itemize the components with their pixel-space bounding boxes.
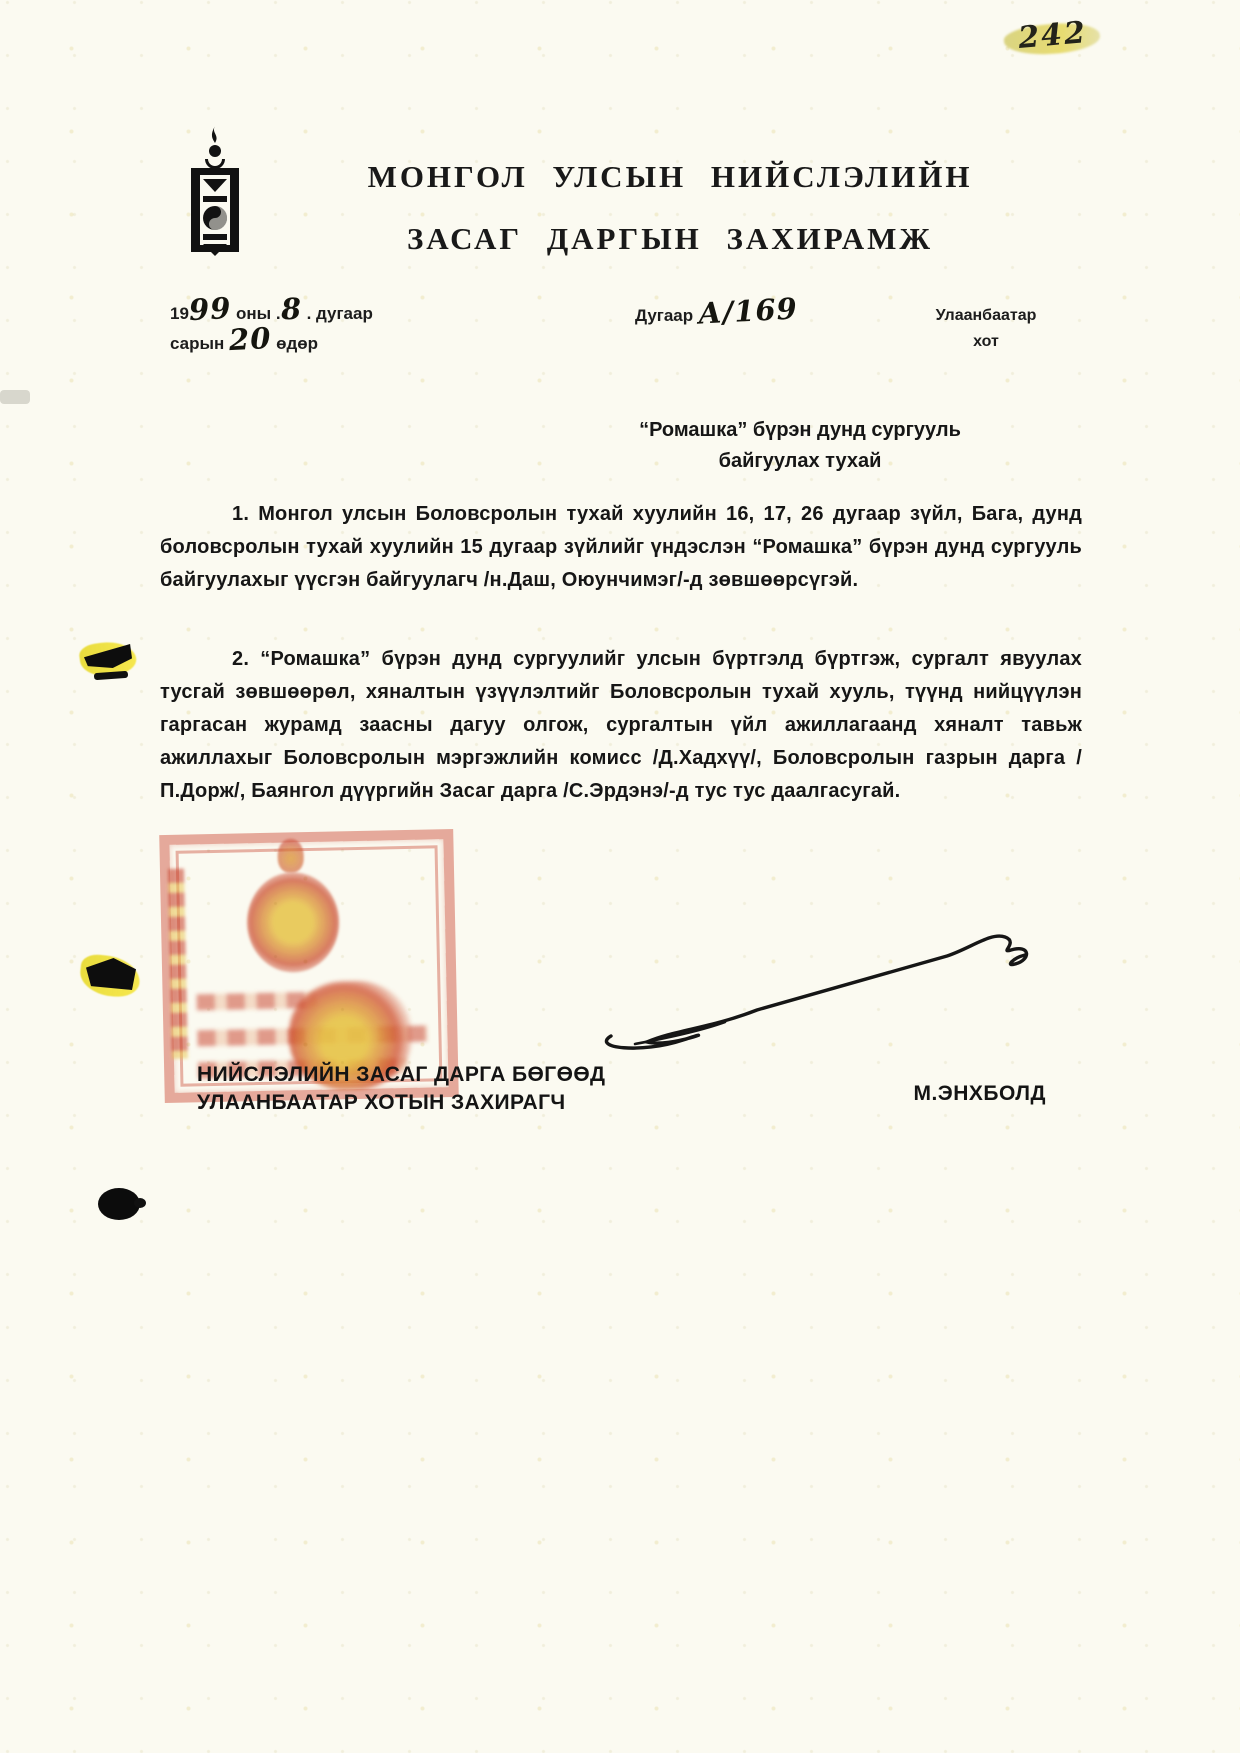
date-day-handwritten: 20 bbox=[229, 328, 272, 350]
scan-artifact-mark bbox=[80, 948, 142, 1004]
place-block: Улаанбаатар хот bbox=[922, 303, 1050, 355]
ink-mark-bar bbox=[94, 671, 128, 680]
subject-block: “Ромашка” бүрэн дунд сургууль байгуулах … bbox=[600, 415, 1000, 477]
document-title: МОНГОЛ УЛСЫН НИЙСЛЭЛИЙН ЗАСАГ ДАРГЫН ЗАХ… bbox=[360, 146, 980, 270]
place-city: Улаанбаатар bbox=[922, 303, 1050, 329]
punch-hole-mark bbox=[98, 1188, 140, 1220]
date-year-handwritten: 99 bbox=[188, 298, 231, 320]
signer-title-line1: НИЙСЛЭЛИЙН ЗАСАГ ДАРГА БӨГӨӨД bbox=[197, 1061, 677, 1089]
date-year-printed: 19 bbox=[170, 304, 189, 323]
decree-number-label: Дугаар bbox=[635, 306, 693, 325]
subject-line1: “Ромашка” бүрэн дунд сургууль bbox=[600, 415, 1000, 446]
paragraph-1: 1. Монгол улсын Боловсролын тухай хуулий… bbox=[160, 498, 1082, 597]
date-month-handwritten: 8 bbox=[280, 298, 302, 319]
signer-title: НИЙСЛЭЛИЙН ЗАСАГ ДАРГА БӨГӨӨД УЛААНБААТА… bbox=[197, 1061, 677, 1117]
date-block: 1999 оны .8 . дугаар сарын 20 өдөр bbox=[170, 299, 430, 359]
decree-body: 1. Монгол улсын Боловсролын тухай хуулий… bbox=[160, 498, 1082, 808]
date-line2: сарын 20 өдөр bbox=[170, 329, 430, 359]
signer-title-line2: УЛААНБААТАР ХОТЫН ЗАХИРАГЧ bbox=[197, 1089, 677, 1117]
scan-smudge bbox=[0, 390, 30, 404]
date-odor-label: өдөр bbox=[276, 334, 318, 353]
page-number-handwritten: 242 bbox=[1006, 14, 1099, 66]
document-title-line2: ЗАСАГ ДАРГЫН ЗАХИРАМЖ bbox=[360, 208, 980, 270]
subject-line2: байгуулах тухай bbox=[600, 446, 1000, 477]
document-title-line1: МОНГОЛ УЛСЫН НИЙСЛЭЛИЙН bbox=[360, 146, 980, 208]
date-line1: 1999 оны .8 . дугаар bbox=[170, 299, 430, 329]
decree-number-handwritten: А/169 bbox=[697, 298, 798, 323]
date-ony-label: оны . bbox=[236, 304, 281, 323]
stamp-flame-mark bbox=[277, 838, 304, 873]
decree-number-block: Дугаар А/169 bbox=[635, 301, 895, 326]
date-dugaar-label: . дугаар bbox=[307, 304, 373, 323]
scan-artifact-mark bbox=[80, 638, 138, 686]
soyombo-emblem-icon bbox=[183, 126, 247, 264]
signature-stroke bbox=[575, 918, 1045, 1058]
signer-name: М.ЭНХБОЛД bbox=[876, 1082, 1046, 1106]
date-saryn-label: сарын bbox=[170, 334, 224, 353]
place-hot: хот bbox=[922, 329, 1050, 355]
paragraph-2: 2. “Ромашка” бүрэн дунд сургуулийг улсын… bbox=[160, 643, 1082, 808]
